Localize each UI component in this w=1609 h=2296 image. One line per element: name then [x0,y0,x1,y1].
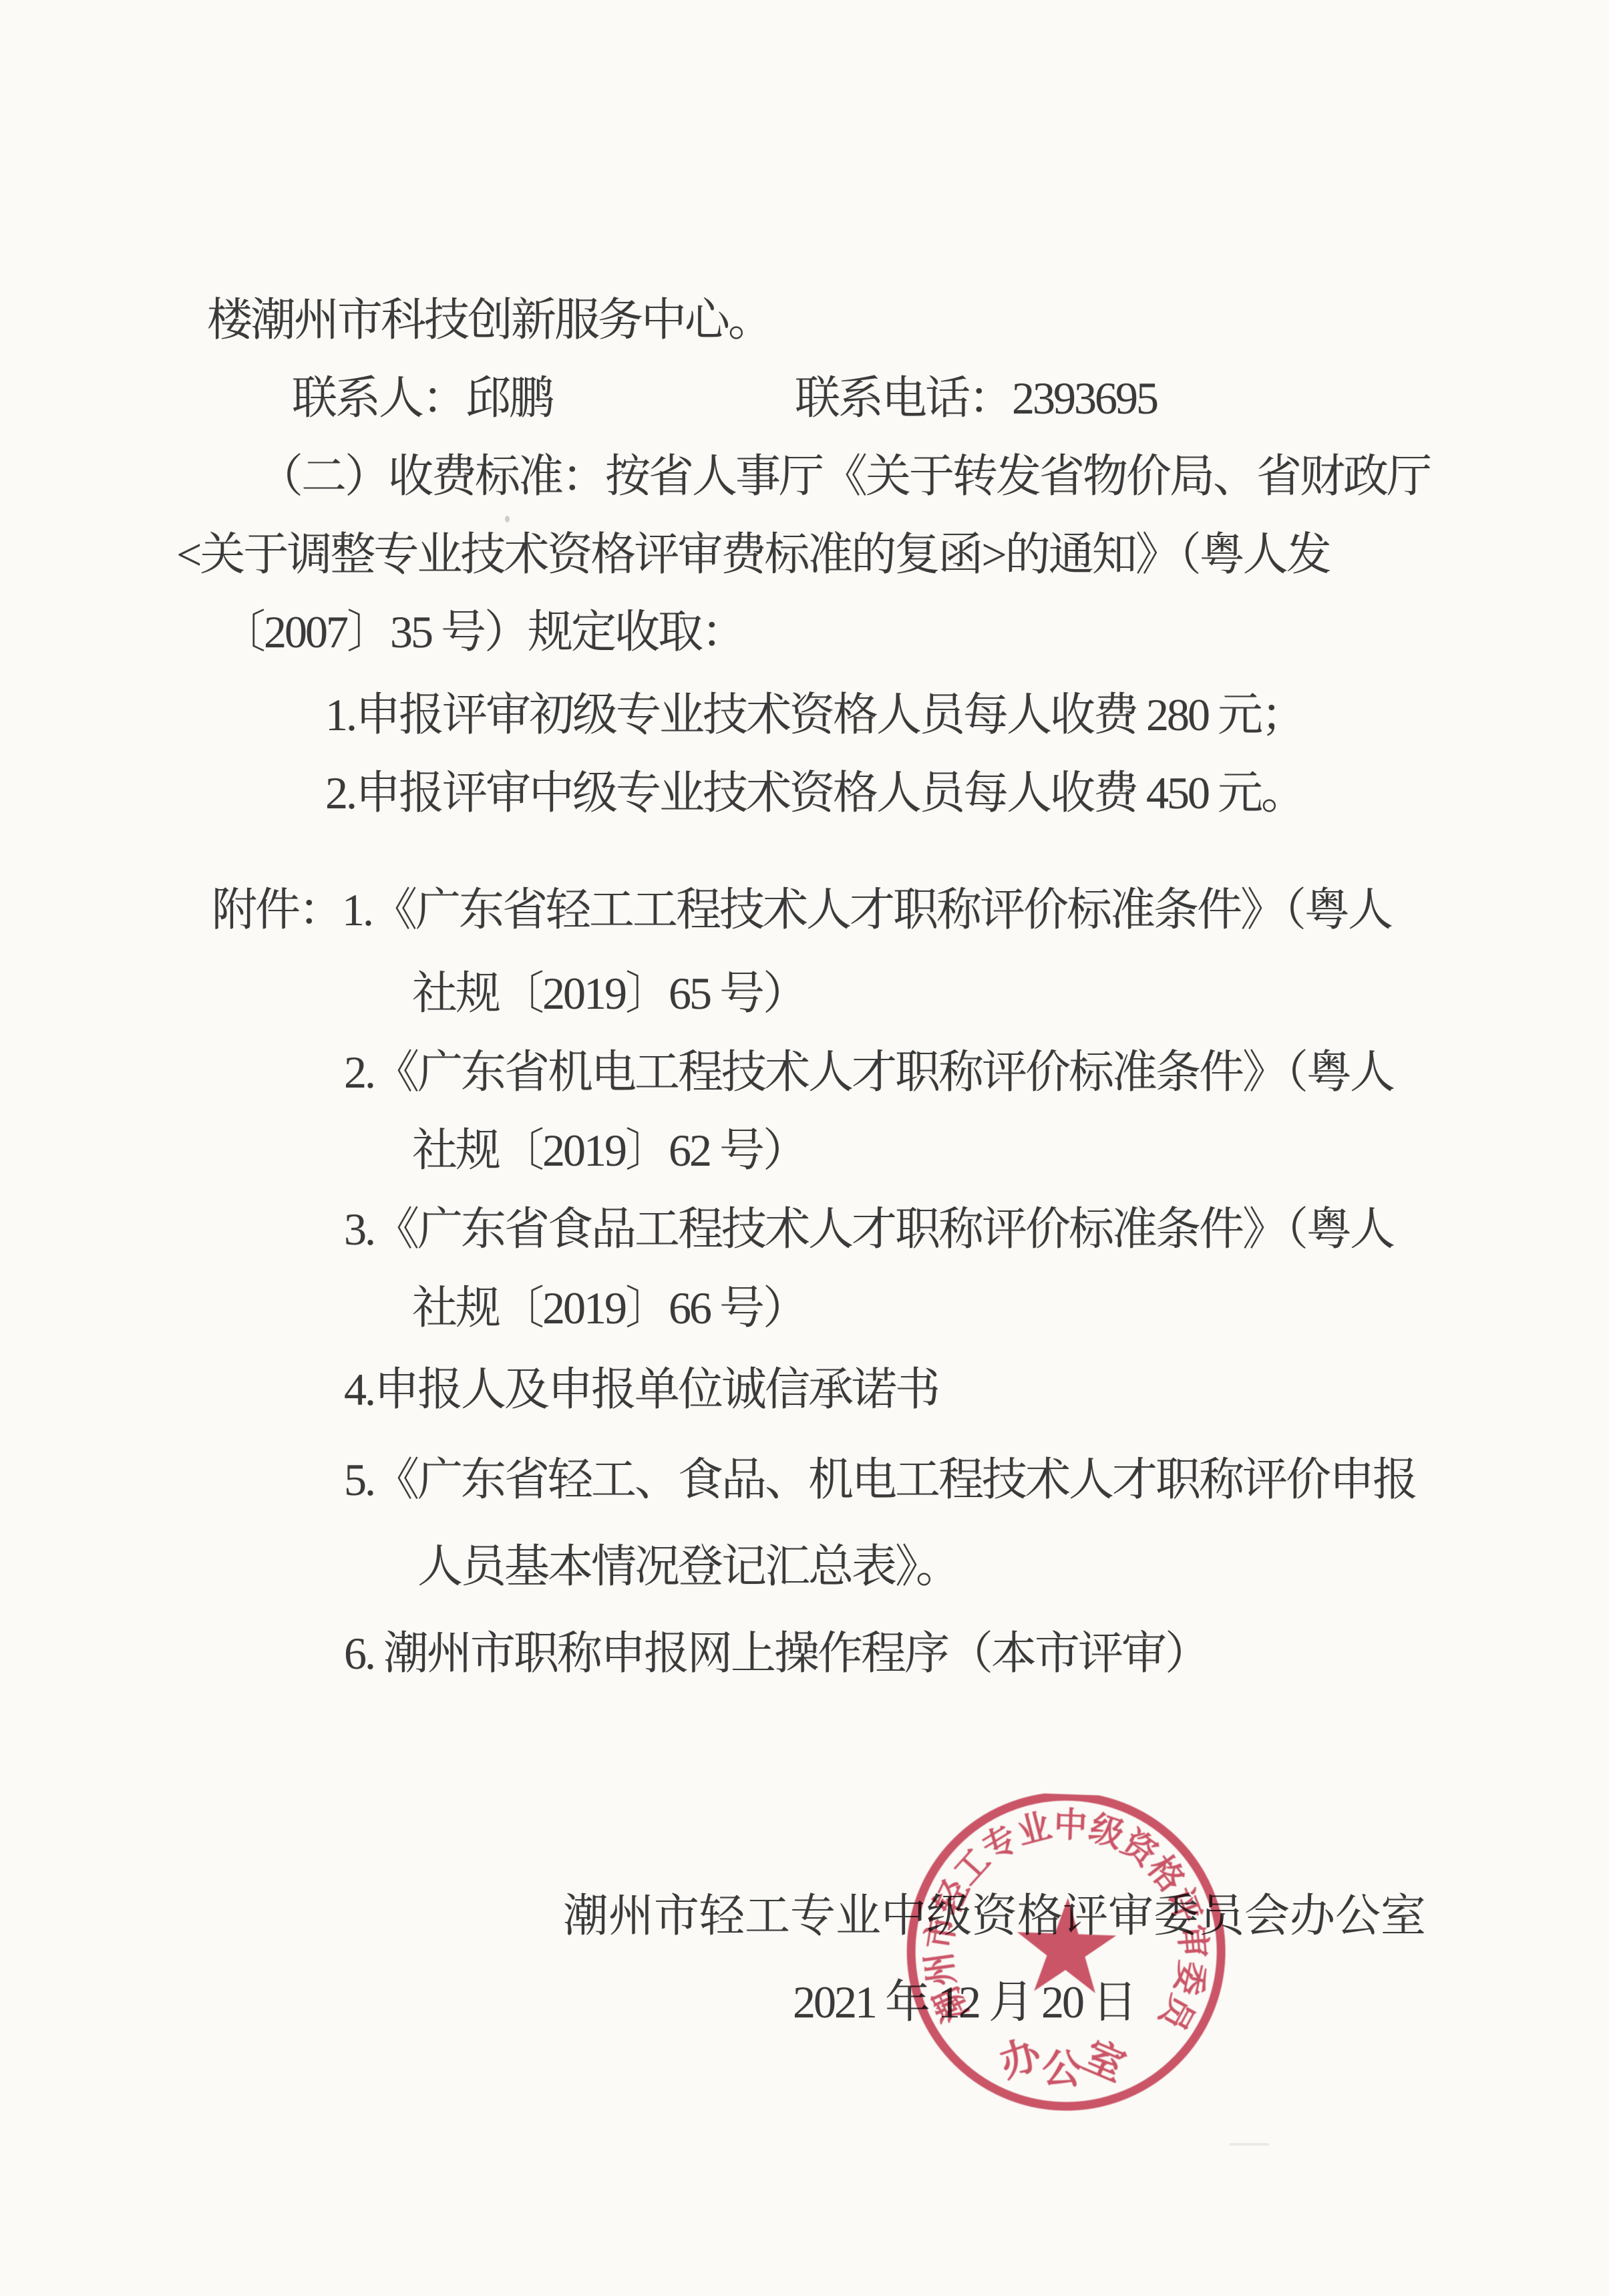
attachment-line-10: 6. 潮州市职称申报网上操作程序（本市评审） [344,1623,1208,1683]
svg-text:潮州市轻工专业中级资格评审委员会: 潮州市轻工专业中级资格评审委员会 [894,1788,1219,2039]
fee-item-1: 1.申报评审初级专业技术资格人员每人收费 280 元； [325,685,1304,745]
contact-person: 联系人：邱鹏 [292,368,552,428]
scan-artifact [943,715,948,719]
attachment-line-7: 4.申报人及申报单位诚信承诺书 [344,1359,938,1420]
scan-artifact [505,516,510,522]
attachment-line-8: 5.《广东省轻工、食品、机电工程技术人才职称评价申报 [344,1450,1416,1510]
fee-item-2: 2.申报评审中级专业技术资格人员每人收费 450 元。 [325,763,1304,823]
seal-bottom-char-1: 办 [994,2031,1047,2086]
scanned-document-page: 楼潮州市科技创新服务中心。 联系人：邱鹏 联系电话：2393695 （二）收费标… [0,0,1609,2296]
official-seal: 潮州市轻工专业中级资格评审委员会 办 公 室 [894,1788,1238,2120]
fee-standard-line-2: <关于调整专业技术资格评审费标准的复函>的通知》（粤人发 [176,524,1330,585]
scan-artifact [1229,2143,1269,2146]
attachment-line-2: 社规〔2019〕65 号） [412,963,806,1023]
location-line: 楼潮州市科技创新服务中心。 [207,290,771,350]
fee-standard-line-1: （二）收费标准：按省人事厅《关于转发省物价局、省财政厅 [258,446,1430,506]
attachment-line-9: 人员基本情况登记汇总表》。 [417,1536,959,1597]
seal-bottom-char-2: 公 [1041,2047,1083,2092]
attachment-line-3: 2.《广东省机电工程技术人才职称评价标准条件》（粤人 [344,1042,1393,1102]
fee-standard-line-3: 〔2007〕35 号）规定收取： [220,602,745,662]
attachment-line-6: 社规〔2019〕66 号） [412,1278,806,1338]
contact-phone: 联系电话：2393695 [795,368,1157,428]
seal-bottom-char-3: 室 [1077,2033,1131,2090]
attachment-line-4: 社规〔2019〕62 号） [412,1120,806,1180]
attachment-line-1: 附件：1.《广东省轻工工程技术人才职称评价标准条件》（粤人 [212,880,1391,940]
attachment-line-5: 3.《广东省食品工程技术人才职称评价标准条件》（粤人 [344,1199,1393,1259]
seal-star-icon [1015,1896,1117,1993]
seal-ring-text: 潮州市轻工专业中级资格评审委员会 [894,1788,1219,2039]
